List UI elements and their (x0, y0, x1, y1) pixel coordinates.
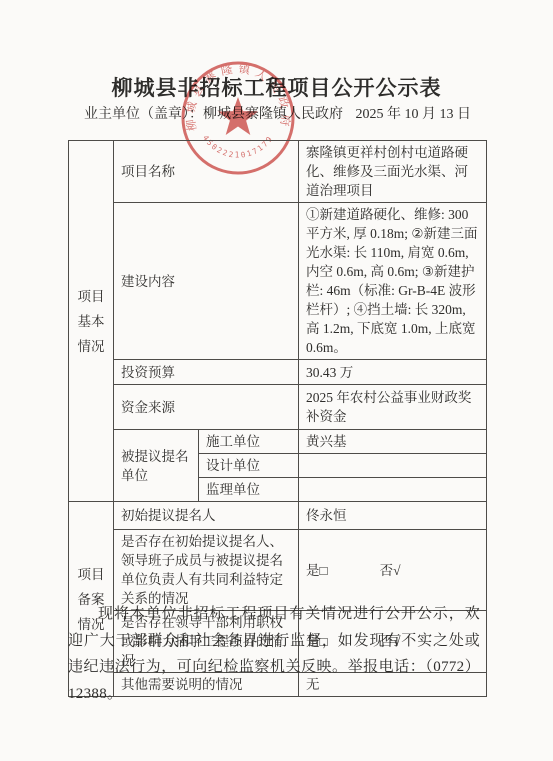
table-row: 被提议提名单位 施工单位 黄兴基 (69, 430, 487, 454)
project-name-label: 项目名称 (114, 141, 299, 203)
construction-content-label: 建设内容 (114, 203, 299, 360)
funding-source-label: 资金来源 (114, 385, 299, 430)
page-title: 柳城县非招标工程项目公开公示表 (0, 72, 553, 102)
initial-proposer-label: 初始提议提名人 (114, 502, 299, 530)
closing-paragraph: 现将本单位非招标工程项目有关情况进行公开公示，欢迎广大干部群众和社会各界进行监督… (68, 601, 480, 707)
project-name-value: 寨隆镇更祥村创村屯道路硬化、维修及三面光水渠、河道治理项目 (299, 141, 487, 203)
proposed-units-label: 被提议提名单位 (114, 430, 199, 502)
design-unit-value (299, 454, 487, 478)
document-page: 柳城县非招标工程项目公开公示表 业主单位（盖章）：柳城县寨隆镇人民政府 2025… (0, 0, 553, 761)
table-row: 项目基本情况 项目名称 寨隆镇更祥村创村屯道路硬化、维修及三面光水渠、河道治理项… (69, 141, 487, 203)
section-header-basic-info: 项目基本情况 (69, 141, 114, 502)
table-row: 建设内容 ①新建道路硬化、维修: 300 平方米, 厚 0.18m; ②新建三面… (69, 203, 487, 360)
table-row: 资金来源 2025 年农村公益事业财政奖补资金 (69, 385, 487, 430)
supervision-unit-value (299, 478, 487, 502)
supervision-unit-label: 监理单位 (199, 478, 299, 502)
initial-proposer-value: 佟永恒 (299, 502, 487, 530)
construction-unit-value: 黄兴基 (299, 430, 487, 454)
table-row: 项目备案情况 初始提议提名人 佟永恒 (69, 502, 487, 530)
design-unit-label: 设计单位 (199, 454, 299, 478)
funding-source-value: 2025 年农村公益事业财政奖补资金 (299, 385, 487, 430)
no-checked: 否√ (380, 561, 401, 580)
publish-date: 2025 年 10 月 13 日 (356, 106, 472, 124)
table-row: 投资预算 30.43 万 (69, 360, 487, 385)
construction-content-value: ①新建道路硬化、维修: 300 平方米, 厚 0.18m; ②新建三面光水渠: … (299, 203, 487, 360)
table-row: 是否存在初始提议提名人、领导班子成员与被提议提名单位负责人有共同利益特定关系的情… (69, 530, 487, 611)
interest-relation-answer: 是□ 否√ (299, 530, 487, 611)
construction-unit-label: 施工单位 (199, 430, 299, 454)
yes-checkbox: 是□ (306, 561, 328, 580)
budget-value: 30.43 万 (299, 360, 487, 385)
budget-label: 投资预算 (114, 360, 299, 385)
subtitle-row: 业主单位（盖章）：柳城县寨隆镇人民政府 2025 年 10 月 13 日 (84, 106, 471, 124)
section-header-text: 项目基本情况 (76, 284, 106, 359)
owner-unit-label: 业主单位（盖章）：柳城县寨隆镇人民政府 (84, 106, 343, 124)
interest-relation-label: 是否存在初始提议提名人、领导班子成员与被提议提名单位负责人有共同利益特定关系的情… (114, 530, 299, 611)
